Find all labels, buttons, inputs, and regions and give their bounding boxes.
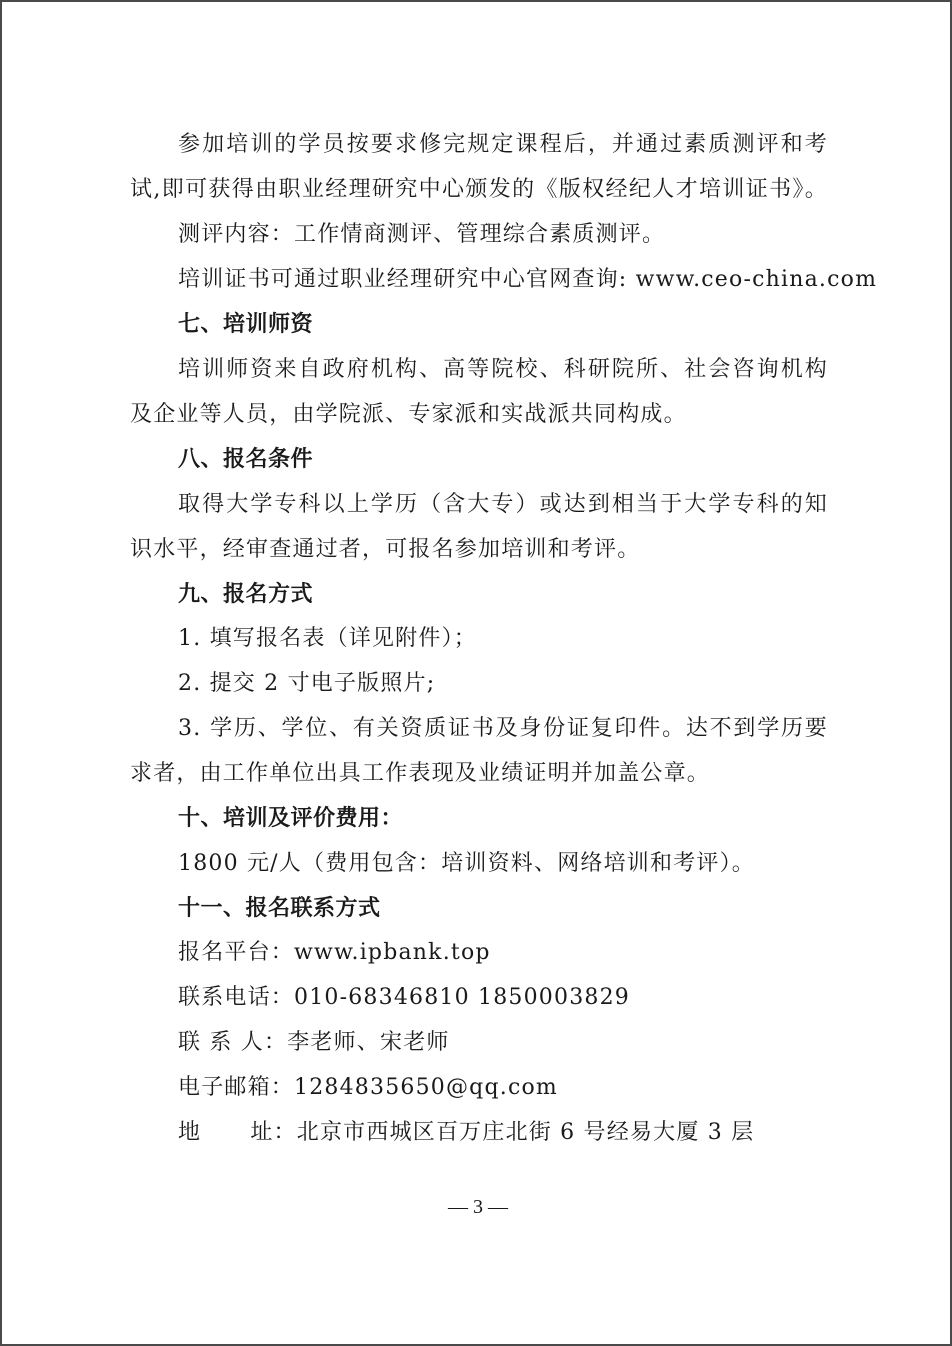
contact-value-email[interactable]: 1284835650@qq.com	[294, 1075, 558, 1100]
section-heading-trainers: 七、培训师资	[178, 310, 313, 340]
contact-label-person: 联 系 人：	[178, 1030, 287, 1055]
contact-row-address: 地 址：北京市西城区百万庄北街 6 号经易大厦 3 层	[178, 1118, 754, 1148]
section-heading-contact: 十一、报名联系方式	[178, 894, 381, 924]
section-heading-fees: 十、培训及评价费用：	[178, 804, 403, 834]
section-heading-registration-method: 九、报名方式	[178, 580, 313, 610]
assessment-content: 测评内容：工作情商测评、管理综合素质测评。	[178, 220, 665, 250]
contact-value-address: 北京市西城区百万庄北街 6 号经易大厦 3 层	[297, 1120, 755, 1145]
certificate-paragraph-line-2: 试,即可获得由职业经理研究中心颁发的《版权经纪人才培训证书》。	[130, 175, 828, 205]
page-number: — 3 —	[2, 1193, 952, 1221]
contact-row-platform: 报名平台：www.ipbank.top	[178, 938, 491, 968]
requirements-line-2: 识水平，经审查通过者，可报名参加培训和考评。	[130, 535, 640, 565]
registration-item-3-line-2: 求者，由工作单位出具工作表现及业绩证明并加盖公章。	[130, 759, 710, 789]
contact-value-person: 李老师、宋老师	[287, 1030, 449, 1055]
certificate-query: 培训证书可通过职业经理研究中心官网查询: www.ceo-china.com	[178, 265, 877, 295]
contact-value-platform[interactable]: www.ipbank.top	[294, 940, 491, 965]
certificate-paragraph-line-1: 参加培训的学员按要求修完规定课程后，并通过素质测评和考	[178, 130, 828, 160]
trainers-line-2: 及企业等人员，由学院派、专家派和实战派共同构成。	[130, 400, 687, 430]
contact-label-platform: 报名平台：	[178, 940, 294, 965]
registration-item-3-line-1: 3. 学历、学位、有关资质证书及身份证复印件。达不到学历要	[178, 714, 828, 744]
contact-row-person: 联 系 人：李老师、宋老师	[178, 1028, 450, 1058]
section-heading-requirements: 八、报名条件	[178, 445, 313, 475]
contact-row-phone: 联系电话：010-68346810 1850003829	[178, 983, 630, 1013]
registration-item-2: 2. 提交 2 寸电子版照片;	[178, 669, 435, 699]
contact-label-email: 电子邮箱：	[178, 1075, 294, 1100]
contact-row-email: 电子邮箱：1284835650@qq.com	[178, 1073, 558, 1103]
trainers-line-1: 培训师资来自政府机构、高等院校、科研院所、社会咨询机构	[178, 355, 828, 385]
requirements-line-1: 取得大学专科以上学历（含大专）或达到相当于大学专科的知	[178, 490, 828, 520]
contact-label-phone: 联系电话：	[178, 985, 294, 1010]
registration-item-1: 1. 填写报名表（详见附件）；	[178, 624, 477, 654]
document-page: 参加培训的学员按要求修完规定课程后，并通过素质测评和考 试,即可获得由职业经理研…	[0, 0, 952, 1346]
contact-label-address: 地 址：	[178, 1120, 297, 1145]
contact-value-phone: 010-68346810 1850003829	[294, 985, 630, 1010]
fees-line: 1800 元/人（费用包含：培训资料、网络培训和考评）。	[178, 849, 755, 879]
